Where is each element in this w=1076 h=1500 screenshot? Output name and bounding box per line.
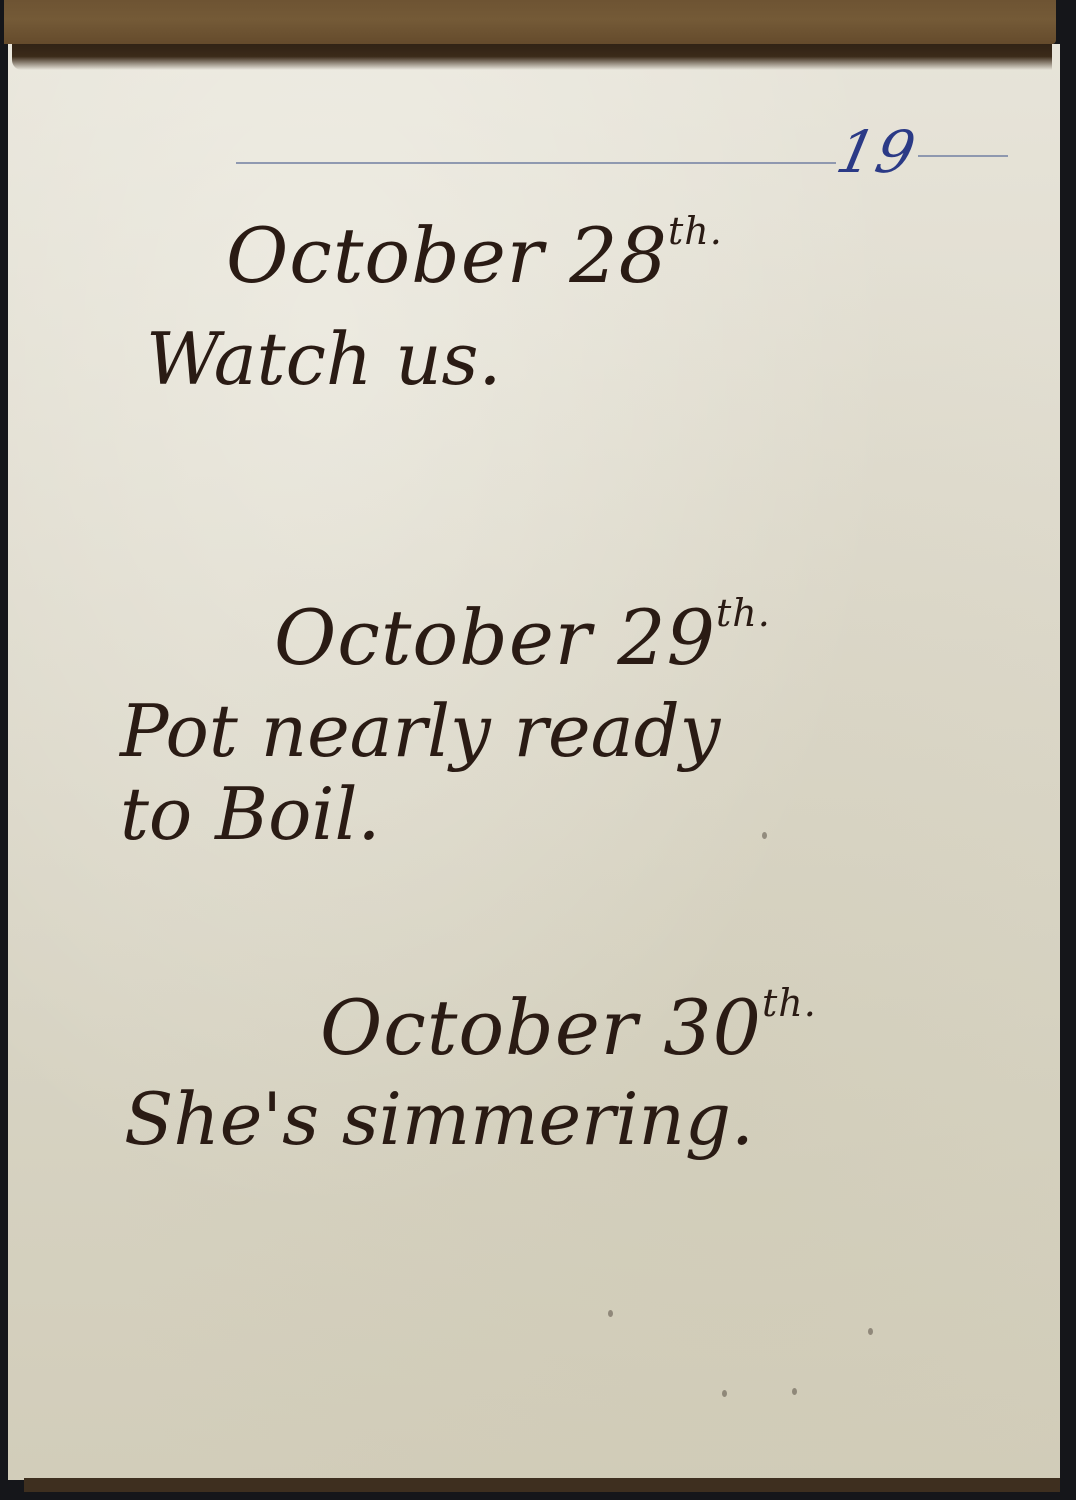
- entry-text-line: Watch us.: [146, 318, 501, 401]
- paper-speck: [762, 832, 767, 839]
- header-rule-line-right: [918, 155, 1008, 157]
- paper-speck: [868, 1328, 873, 1335]
- paper-speck: [792, 1388, 797, 1395]
- entry-text: Watch us.: [146, 318, 501, 401]
- entry-date-suffix: th.: [716, 591, 771, 635]
- entry-date-suffix: th.: [762, 981, 817, 1025]
- entry-date: October 30th.: [320, 990, 817, 1066]
- entry-text-line: Pot nearly ready: [120, 690, 720, 773]
- paper-speck: [608, 1310, 613, 1317]
- header-rule-line: [236, 162, 836, 164]
- entry-date-text: October 30: [320, 983, 762, 1072]
- page-bottom-edge: [24, 1478, 1060, 1492]
- page-number: 19: [831, 118, 923, 186]
- entry-text: She's simmering.: [124, 1078, 754, 1161]
- entry-text-line: She's simmering.: [124, 1078, 754, 1161]
- entry-date-text: October 29: [274, 593, 716, 682]
- entry-date-suffix: th.: [668, 209, 723, 253]
- entry-date: October 28th.: [226, 218, 723, 294]
- entry-date-text: October 28: [226, 211, 668, 300]
- paper-speck: [722, 1390, 727, 1397]
- entry-text: Pot nearly readyto Boil.: [120, 690, 720, 856]
- entry-date: October 29th.: [274, 600, 771, 676]
- binding-shadow: [12, 40, 1052, 70]
- entry-text-line: to Boil.: [120, 773, 720, 856]
- notebook-binding-strip: [4, 0, 1056, 44]
